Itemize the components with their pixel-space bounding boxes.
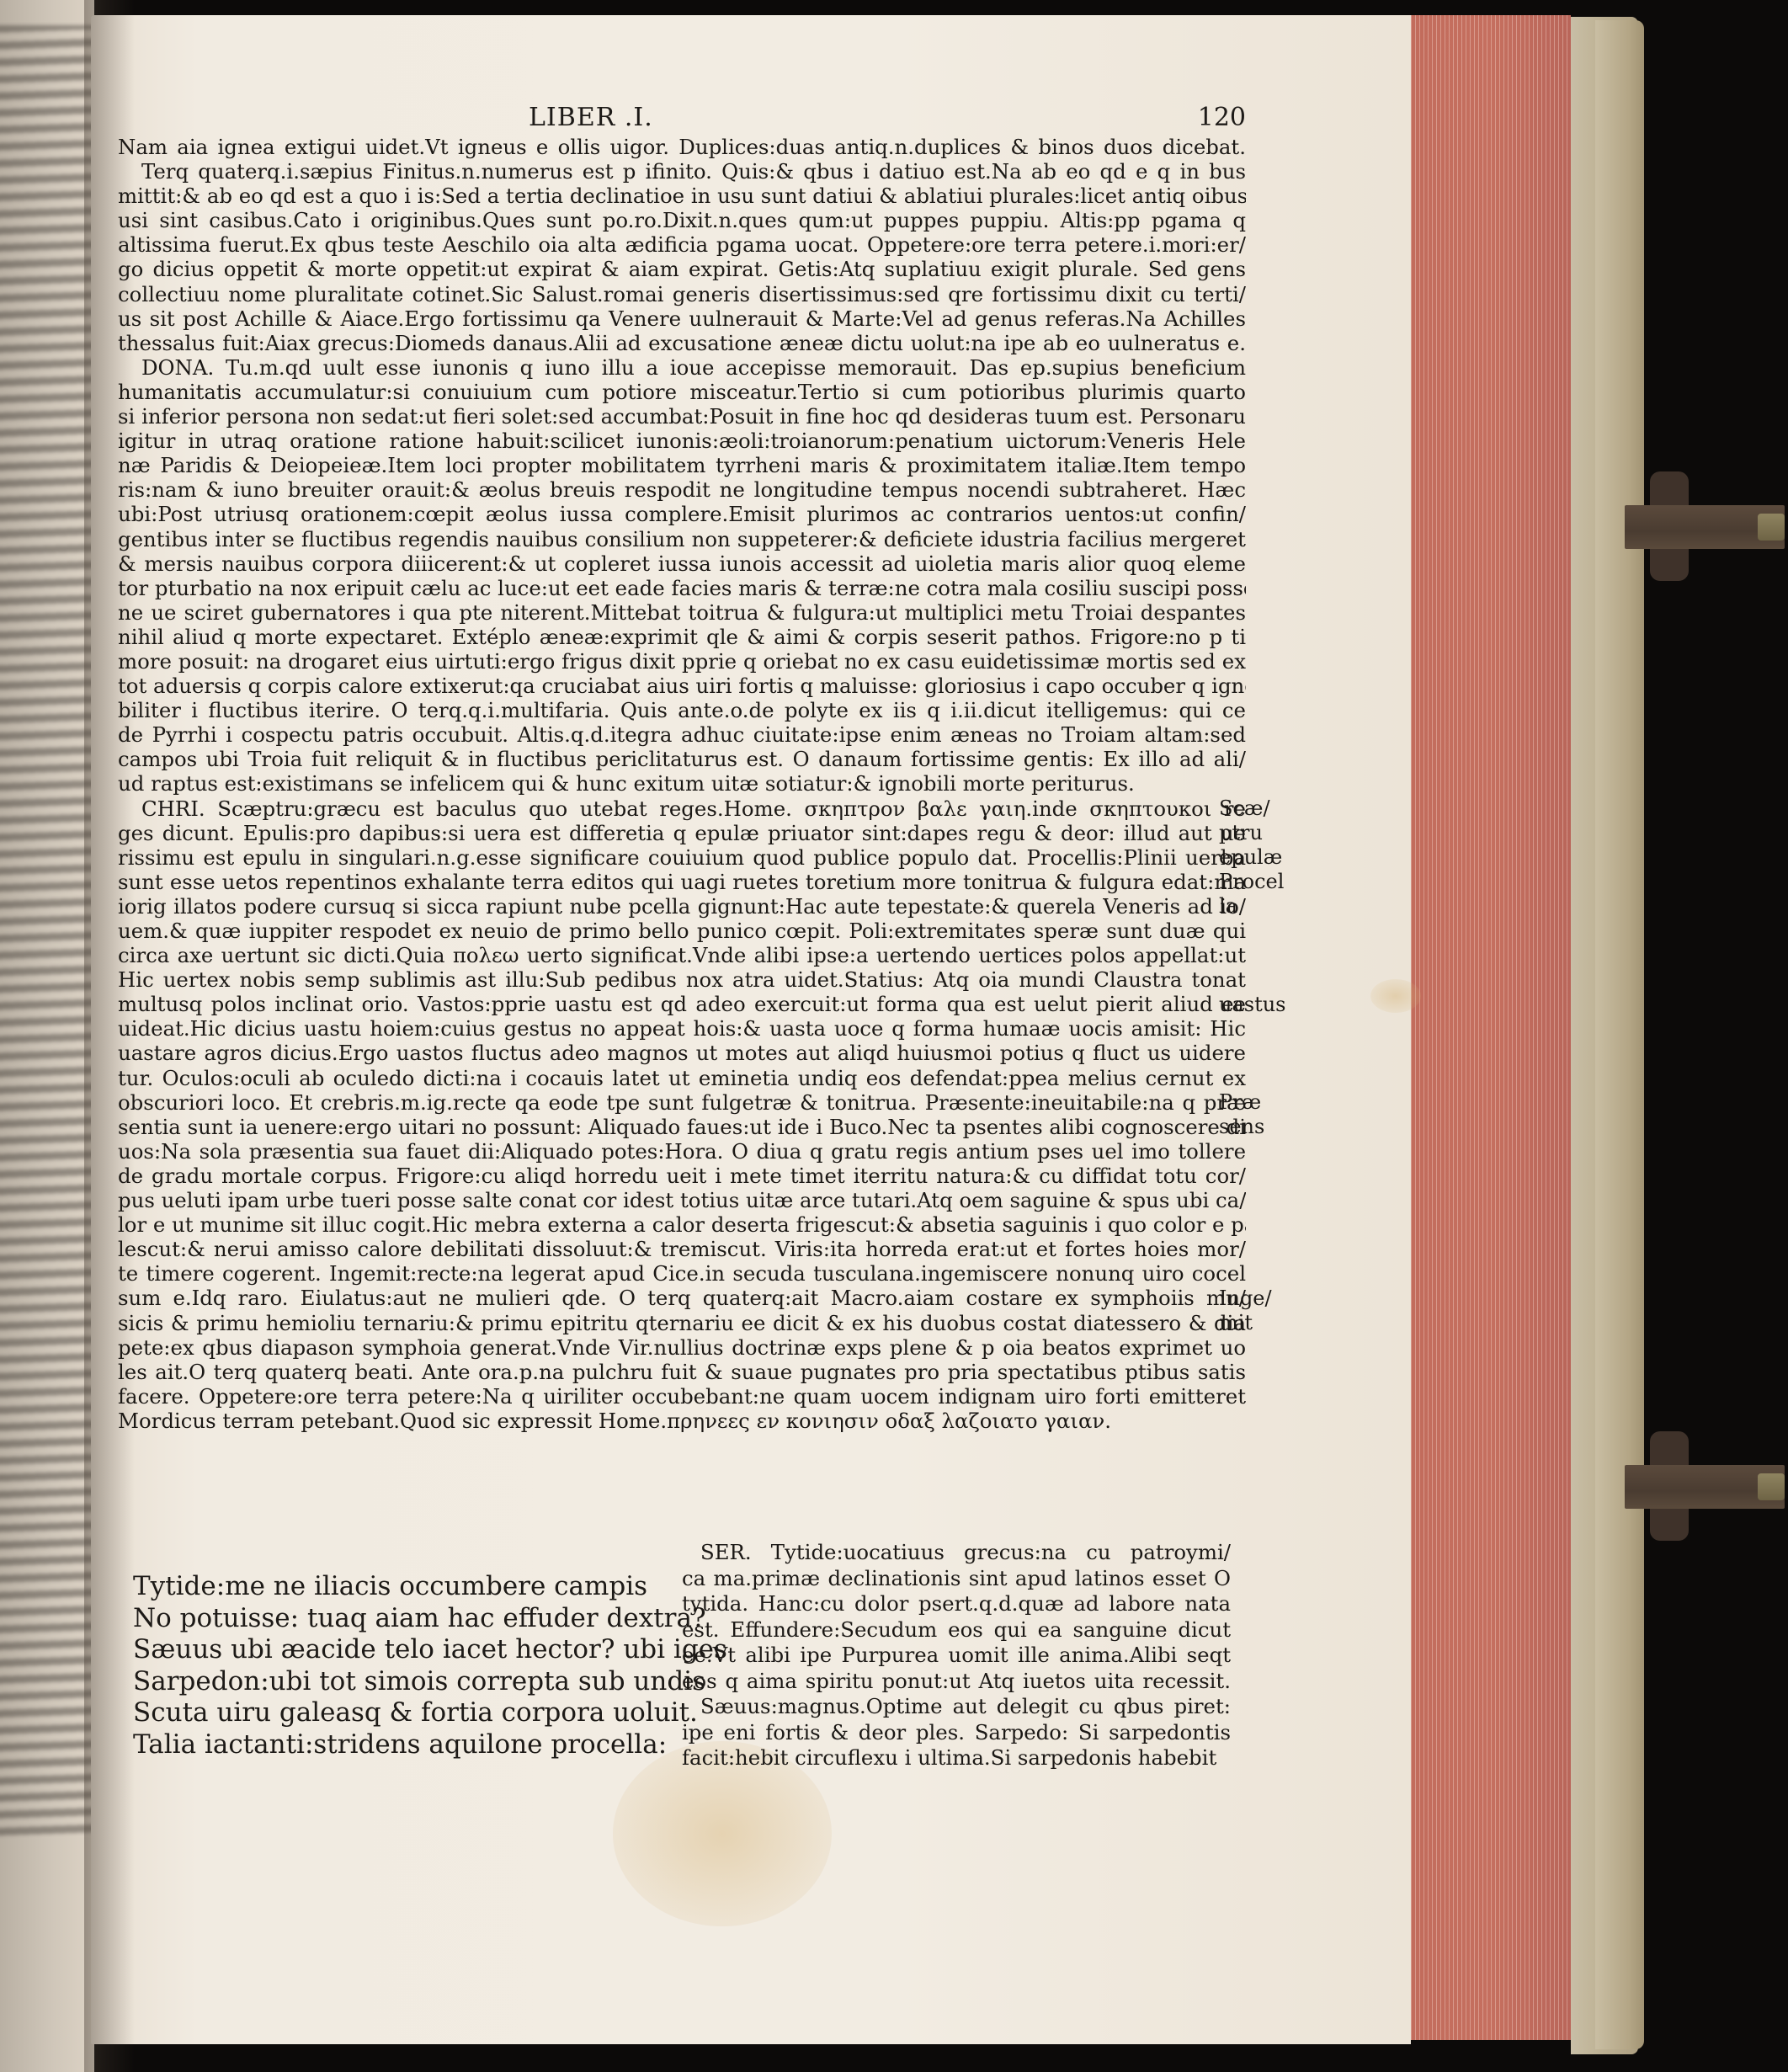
commentary2-line: Sæuus:magnus.Optime aut delegit cu qbus … [682,1694,1231,1720]
commentary2-line: tytida. Hanc:cu dolor psert.q.d.quæ ad l… [682,1591,1231,1617]
commentary-line: uastare agros dicius.Ergo uastos fluctus… [118,1041,1246,1065]
commentary-line: & mersis nauibus corpora diiicerent:& ut… [118,551,1246,576]
foxing-stain [1370,979,1421,1013]
page-header: LIBER .I. 120 [118,99,1246,133]
commentary-line: pus ueluti ipam urbe tueri posse salte c… [118,1188,1246,1212]
commentary-line: ges dicunt. Epulis:pro dapibus:si uera e… [118,821,1246,845]
commentary-line: go dicius oppetit & morte oppetit:ut exp… [118,257,1246,281]
commentary-line: tor pturbatio na nox eripuit cælu ac luc… [118,576,1246,600]
commentary2-line: ipe eni fortis & deor ples. Sarpedo: Si … [682,1720,1231,1746]
verse-line: Talia iactanti:stridens aquilone procell… [133,1729,689,1761]
commentary2-line: est. Effundere:Secudum eos qui ea sangui… [682,1617,1231,1643]
commentary-line: ubi:Post utriusq orationem:cœpit æolus i… [118,502,1246,526]
clasp-brass-tip [1758,1473,1785,1500]
commentary-block: Nam aia ignea extigui uidet.Vt igneus e … [118,135,1246,1433]
commentary-line: lor e ut munime sit illuc cogit.Hic mebr… [118,1212,1246,1237]
commentary-line: altissima fuerut.Ex qbus teste Aeschilo … [118,232,1246,257]
commentary-line: Mordicus terram petebant.Quod sic expres… [118,1409,1246,1433]
commentary-line: les ait.O terq quaterq beati. Ante ora.p… [118,1360,1246,1384]
margin-note: Præ [1219,1090,1261,1115]
commentary-line: si inferior persona non sedat:ut fieri s… [118,404,1246,429]
commentary-line: usi sint casibus.Cato i originibus.Ques … [118,208,1246,232]
margin-note: Procel [1219,870,1284,894]
margin-note: Inge/ [1219,1286,1272,1311]
commentary-line: humanitatis accumulatur:si conuiuium cum… [118,380,1246,404]
commentary-line: thessalus fuit:Aiax grecus:Diomeds danau… [118,331,1246,355]
commentary-line: ud raptus est:existimans se infelicem qu… [118,771,1246,796]
verse-line: Sæuus ubi æacide telo iacet hector? ubi … [133,1634,689,1666]
commentary-line: pete:ex qbus diapason symphoia generat.V… [118,1335,1246,1360]
margin-note: la [1219,894,1237,919]
margin-note: uastus [1219,993,1286,1017]
commentary-line: gentibus inter se fluctibus regendis nau… [118,527,1246,551]
aeneid-verse-block: Tytide:me ne iliacis occumbere campisNo … [133,1571,689,1760]
commentary-line: campos ubi Troia fuit reliquit & in fluc… [118,747,1246,771]
commentary2-line: SER. Tytide:uocatiuus grecus:na cu patro… [682,1540,1231,1566]
commentary-line: uideat.Hic dicius uastu hoiem:cuius gest… [118,1016,1246,1041]
commentary-line: more posuit: na drogaret eius uirtuti:er… [118,649,1246,674]
verse-line: Tytide:me ne iliacis occumbere campis [133,1571,689,1603]
commentary-line: obscuriori loco. Et crebris.m.ig.recte q… [118,1090,1246,1115]
commentary-line: sicis & primu hemioliu ternariu:& primu … [118,1311,1246,1335]
commentary2-line: ee.Vt alibi ipe Purpurea uomit ille anim… [682,1643,1231,1669]
commentary2-line: eos q aima spiritu ponut:ut Atq iuetos u… [682,1669,1231,1695]
commentary2-line: facit:hebit circuflexu i ultima.Si sarpe… [682,1745,1231,1771]
commentary-line: Nam aia ignea extigui uidet.Vt igneus e … [118,135,1246,159]
verse-line: Sarpedon:ubi tot simois correpta sub und… [133,1666,689,1698]
commentary-line: uem.& quæ iuppiter respodet ex neuio de … [118,919,1246,943]
commentary2-line: ca ma.primæ declinationis sint apud lati… [682,1566,1231,1592]
commentary-line: de gradu mortale corpus. Frigore:cu aliq… [118,1164,1246,1188]
commentary-line: biliter i fluctibus iterire. O terq.q.i.… [118,698,1246,722]
commentary-line: ris:nam & iuno breuiter orauit:& æolus b… [118,477,1246,502]
commentary-line: uos:Na sola præsentia sua fauet dii:Aliq… [118,1139,1246,1164]
commentary-line: te timere cogerent. Ingemit:recte:na leg… [118,1261,1246,1286]
margin-note: mit [1219,1311,1253,1335]
commentary-line: sentia sunt ia uenere:ergo uitari no pos… [118,1115,1246,1139]
facing-page-text-blur [0,25,94,1835]
margin-note: ptru [1219,821,1263,845]
commentary-line: DONA. Tu.m.qd uult esse iunonis q iuno i… [118,355,1246,380]
clasp-brass-tip [1758,514,1785,541]
commentary-line: ne ue sciret gubernatores i qua pte nite… [118,600,1246,625]
commentary-line: us sit post Achille & Aiace.Ergo fortiss… [118,306,1246,331]
commentary-line: facere. Oppetere:ore terra petere:Na q u… [118,1384,1246,1409]
verse-line: No potuisse: tuaq aiam hac effuder dextr… [133,1603,689,1635]
margin-note: Scæ/ [1219,796,1270,821]
verse-line: Scuta uiru galeasq & fortia corpora uolu… [133,1697,689,1729]
commentary-line: tot aduersis q corpis calore extixerut:q… [118,674,1246,698]
commentary-line: næ Paridis & Deiopeieæ.Item loci propter… [118,453,1246,477]
commentary-line: Hic uertex nobis semp sublimis ast illu:… [118,967,1246,992]
commentary-line: rissimu est epulu in singulari.n.g.esse … [118,845,1246,870]
commentary-line: igitur in utraq oratione ratione habuit:… [118,429,1246,453]
commentary-line: lescut:& nerui amisso calore debilitati … [118,1237,1246,1261]
commentary-line: multusq polos inclinat orio. Vastos:ppri… [118,992,1246,1016]
margin-note: epulæ [1219,845,1282,870]
commentary-line: iorig illatos podere cursuq si sicca rap… [118,894,1246,919]
vellum-binding-cover [1595,20,1644,2049]
commentary-line: tur. Oculos:oculi ab oculedo dicti:na i … [118,1066,1246,1090]
commentary-line: Terq quaterq.i.sæpius Finitus.n.numerus … [118,159,1246,184]
commentary-line: sum e.Idq raro. Eiulatus:aut ne mulieri … [118,1286,1246,1310]
facing-page-left [0,0,94,2072]
commentary-line: mittit:& ab eo qd est a quo i is:Sed a t… [118,184,1246,208]
commentary-line: collectiuu nome pluralitate cotinet.Sic … [118,282,1246,306]
margin-note: sens [1219,1115,1264,1139]
servius-commentary-block: SER. Tytide:uocatiuus grecus:na cu patro… [682,1540,1231,1771]
folio-number: 120 [1198,103,1246,132]
commentary-line: de Pyrrhi i cospectu patris occubuit. Al… [118,722,1246,747]
commentary-line: circa axe uertunt sic dicti.Quia πολεω u… [118,943,1246,967]
commentary-line: nihil aliud q morte expectaret. Extéplo … [118,625,1246,649]
commentary-line: CHRI. Scæptru:græcu est baculus quo uteb… [118,796,1246,821]
commentary-line: sunt esse uetos repentinos exhalante ter… [118,870,1246,894]
running-title: LIBER .I. [529,103,653,132]
red-stained-page-edges [1411,15,1571,2040]
